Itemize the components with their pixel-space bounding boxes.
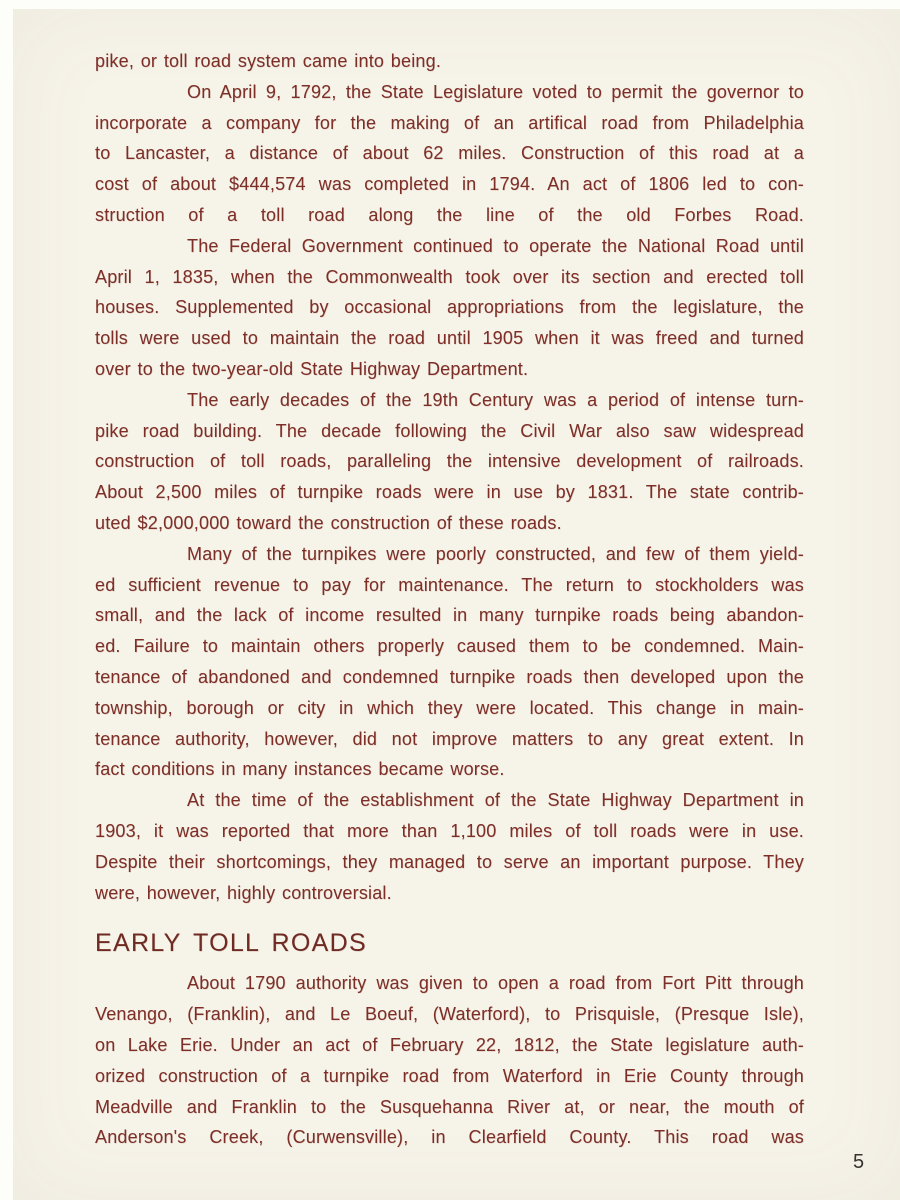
text-line: Meadville and Franklin to the Susquehann… xyxy=(95,1092,804,1123)
text-line: incorporate a company for the making of … xyxy=(95,108,804,139)
body-text: pike, or toll road system came into bein… xyxy=(95,46,804,1153)
text-line: township, borough or city in which they … xyxy=(95,693,804,724)
text-line: were, however, highly controversial. xyxy=(95,878,804,909)
text-line: Anderson's Creek, (Curwensville), in Cle… xyxy=(95,1122,804,1153)
text-line: construction of toll roads, paralleling … xyxy=(95,446,804,477)
text-line: The Federal Government continued to oper… xyxy=(95,231,804,262)
text-line: cost of about $444,574 was completed in … xyxy=(95,169,804,200)
text-line: The early decades of the 19th Century wa… xyxy=(95,385,804,416)
text-line: pike road building. The decade following… xyxy=(95,416,804,447)
text-line: Many of the turnpikes were poorly constr… xyxy=(95,539,804,570)
text-line: About 1790 authority was given to open a… xyxy=(95,968,804,999)
paragraph: At the time of the establishment of the … xyxy=(95,785,804,908)
text-line: houses. Supplemented by occasional appro… xyxy=(95,292,804,323)
section-heading: EARLY TOLL ROADS xyxy=(95,926,804,960)
document-page: pike, or toll road system came into bein… xyxy=(13,9,900,1200)
text-line: pike, or toll road system came into bein… xyxy=(95,46,804,77)
text-line: over to the two-year-old State Highway D… xyxy=(95,354,804,385)
paragraph: About 1790 authority was given to open a… xyxy=(95,968,804,1153)
text-line: struction of a toll road along the line … xyxy=(95,200,804,231)
text-line: About 2,500 miles of turnpike roads were… xyxy=(95,477,804,508)
paragraph: The early decades of the 19th Century wa… xyxy=(95,385,804,539)
text-line: uted $2,000,000 toward the construction … xyxy=(95,508,804,539)
text-line: ed. Failure to maintain others properly … xyxy=(95,631,804,662)
text-line: ed sufficient revenue to pay for mainten… xyxy=(95,570,804,601)
text-line: 1903, it was reported that more than 1,1… xyxy=(95,816,804,847)
text-line: tenance of abandoned and condemned turnp… xyxy=(95,662,804,693)
text-line: Venango, (Franklin), and Le Boeuf, (Wate… xyxy=(95,999,804,1030)
paragraph: On April 9, 1792, the State Legislature … xyxy=(95,77,804,231)
text-line: fact conditions in many instances became… xyxy=(95,754,804,785)
paragraph: pike, or toll road system came into bein… xyxy=(95,46,804,77)
paragraph: The Federal Government continued to oper… xyxy=(95,231,804,385)
text-line: April 1, 1835, when the Commonwealth too… xyxy=(95,262,804,293)
text-line: small, and the lack of income resulted i… xyxy=(95,600,804,631)
text-line: tolls were used to maintain the road unt… xyxy=(95,323,804,354)
text-line: tenance authority, however, did not impr… xyxy=(95,724,804,755)
text-line: At the time of the establishment of the … xyxy=(95,785,804,816)
text-line: On April 9, 1792, the State Legislature … xyxy=(95,77,804,108)
page-number: 5 xyxy=(853,1150,864,1174)
text-line: to Lancaster, a distance of about 62 mil… xyxy=(95,138,804,169)
text-line: Despite their shortcomings, they managed… xyxy=(95,847,804,878)
text-line: on Lake Erie. Under an act of February 2… xyxy=(95,1030,804,1061)
text-line: orized construction of a turnpike road f… xyxy=(95,1061,804,1092)
paragraph: Many of the turnpikes were poorly constr… xyxy=(95,539,804,785)
